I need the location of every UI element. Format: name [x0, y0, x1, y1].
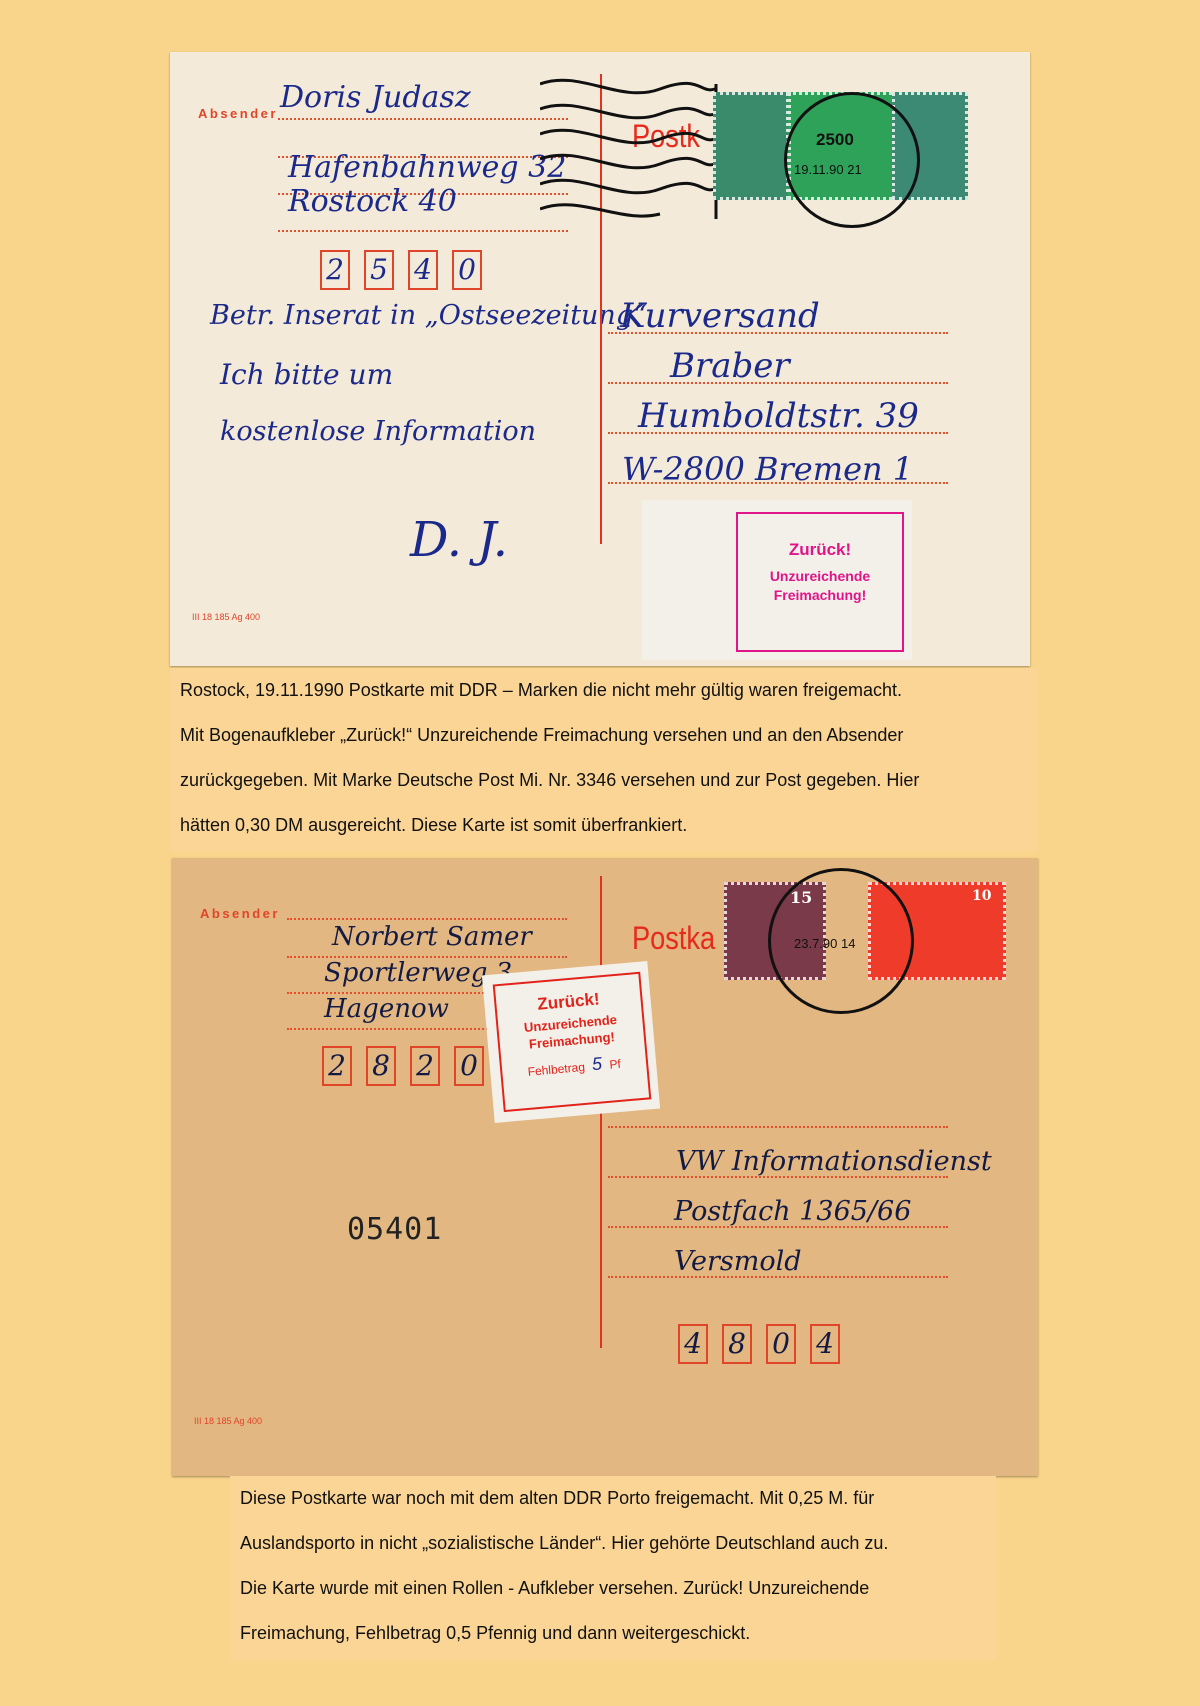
sender-postcode: 2 8 2 0: [322, 1046, 484, 1086]
dotted-line: [608, 1126, 948, 1128]
plz-digit: 2: [320, 250, 350, 290]
message-line: Ich bitte um: [220, 358, 393, 391]
recipient-city: W-2800 Bremen 1: [622, 450, 913, 488]
sticker-line1: Unzureichende: [738, 568, 902, 584]
postmark-date: 23.7.90 14: [794, 936, 855, 951]
sender-street: Hafenbahnweg 32: [288, 150, 566, 185]
plz-digit: 0: [452, 250, 482, 290]
dotted-line: [278, 118, 568, 120]
plz-digit: 8: [722, 1324, 752, 1364]
sticker-title: Zurück!: [738, 540, 902, 560]
caption-line: Mit Bogenaufkleber „Zurück!“ Unzureichen…: [180, 713, 1028, 758]
imprint: III 18 185 Ag 400: [192, 612, 260, 622]
postcard-hagenow: Absender Norbert Samer Sportlerweg 3 Hag…: [172, 858, 1038, 1476]
postkarte-label: Postka: [632, 920, 715, 957]
plz-digit: 4: [408, 250, 438, 290]
message-line: kostenlose Information: [220, 416, 536, 447]
plz-digit: 2: [322, 1046, 352, 1086]
recipient-name: Kurversand: [620, 296, 820, 336]
plz-digit: 4: [810, 1324, 840, 1364]
recipient-postcode: 4 8 0 4: [678, 1324, 840, 1364]
postmark-plz: 2500: [816, 130, 854, 150]
recipient-street: Humboldtstr. 39: [638, 396, 919, 436]
sender-city: Rostock 40: [288, 184, 457, 219]
plz-digit: 5: [364, 250, 394, 290]
sender-city: Hagenow: [324, 994, 449, 1024]
return-sticker: Zurück! Unzureichende Freimachung! Fehlb…: [482, 961, 660, 1123]
caption-2: Diese Postkarte war noch mit dem alten D…: [230, 1476, 996, 1660]
postmark-date: 19.11.90 21: [794, 162, 862, 177]
absender-label: Absender: [200, 906, 280, 921]
plz-digit: 0: [766, 1324, 796, 1364]
recipient-line2: Braber: [670, 346, 790, 386]
machine-cancel-icon: [540, 74, 720, 224]
fehlbetrag-label: Fehlbetrag: [527, 1060, 585, 1079]
dotted-line: [278, 230, 568, 232]
postcard-rostock: Absender Doris Judasz Hafenbahnweg 32 Ro…: [170, 52, 1030, 666]
recipient-street: Postfach 1365/66: [674, 1196, 911, 1227]
sender-name: Doris Judasz: [280, 80, 471, 115]
imprint: III 18 185 Ag 400: [194, 1416, 262, 1426]
plz-digit: 4: [678, 1324, 708, 1364]
plz-digit: 2: [410, 1046, 440, 1086]
caption-1: Rostock, 19.11.1990 Postkarte mit DDR – …: [170, 668, 1038, 852]
number-stamp: 05401: [347, 1212, 442, 1247]
stamp-value: 10: [972, 888, 991, 904]
dotted-line: [287, 918, 567, 920]
caption-line: Rostock, 19.11.1990 Postkarte mit DDR – …: [180, 668, 1028, 713]
caption-line: hätten 0,30 DM ausgereicht. Diese Karte …: [180, 803, 1028, 848]
caption-line: Diese Postkarte war noch mit dem alten D…: [240, 1476, 986, 1521]
signature: D. J.: [410, 512, 508, 568]
plz-digit: 8: [366, 1046, 396, 1086]
return-sticker: Zurück! Unzureichende Freimachung!: [642, 500, 912, 660]
fehlbetrag-value: 5: [591, 1053, 603, 1074]
fehlbetrag-unit: Pf: [609, 1057, 622, 1072]
absender-label: Absender: [198, 106, 278, 121]
caption-line: Freimachung, Fehlbetrag 0,5 Pfennig und …: [240, 1611, 986, 1656]
recipient-city: Versmold: [674, 1246, 802, 1277]
caption-line: zurückgegeben. Mit Marke Deutsche Post M…: [180, 758, 1028, 803]
postmark-rostock: [784, 92, 920, 228]
caption-line: Die Karte wurde mit einen Rollen - Aufkl…: [240, 1566, 986, 1611]
stamp-alexanderplatz: [713, 92, 789, 200]
sticker-frame: Zurück! Unzureichende Freimachung! Fehlb…: [493, 972, 652, 1112]
sticker-frame: Zurück! Unzureichende Freimachung!: [736, 512, 904, 652]
sticker-line2: Freimachung!: [738, 587, 902, 603]
plz-digit: 0: [454, 1046, 484, 1086]
message-line: Betr. Inserat in „Ostseezeitung“: [210, 300, 647, 331]
caption-line: Auslandsporto in nicht „sozialistische L…: [240, 1521, 986, 1566]
sender-postcode: 2 5 4 0: [320, 250, 482, 290]
recipient-name: VW Informationsdienst: [676, 1146, 992, 1177]
sender-name: Norbert Samer: [332, 922, 532, 952]
